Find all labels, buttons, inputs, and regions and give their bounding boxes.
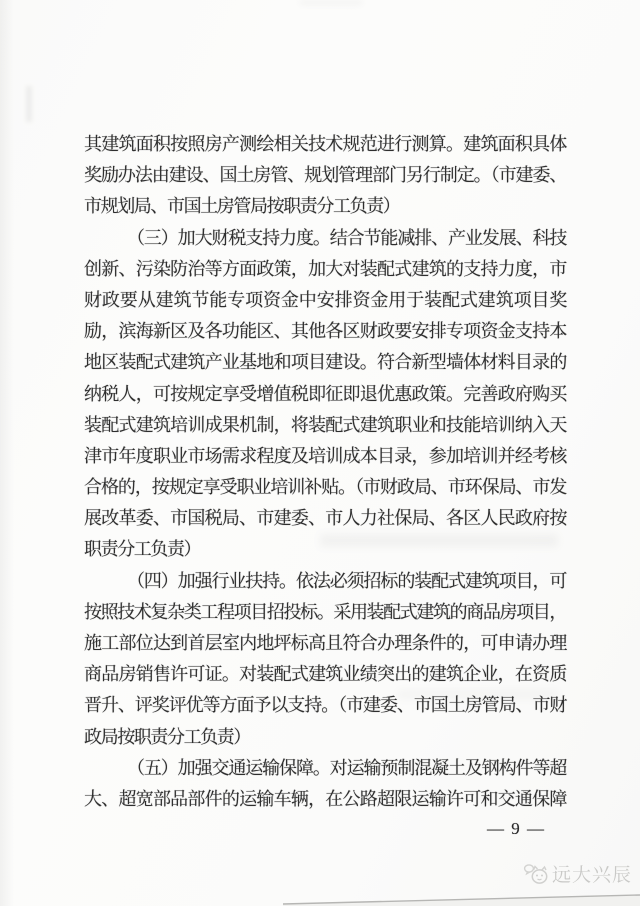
document-body-text: 其建筑面积按照房产测绘相关技术规范进行测算。建筑面积具体 奖励办法由建设、国土房… bbox=[84, 129, 566, 815]
text-line: 励，滨海新区及各功能区、其他各区财政要安排专项资金支持本 bbox=[84, 316, 566, 347]
text-line: 津市年度职业市场需求程度及培训成本目录，参加培训并经考核 bbox=[84, 441, 566, 472]
text-line: 展改革委、市国税局、市建委、市人力社保局、各区人民政府按 bbox=[84, 503, 566, 534]
text-line: 商品房销售许可证。对装配式建筑业绩突出的建筑企业，在资质 bbox=[84, 659, 566, 690]
text-line: 地区装配式建筑产业基地和项目建设。符合新型墙体材料目录的 bbox=[84, 347, 566, 378]
watermark-label: 远大兴辰 bbox=[552, 860, 632, 887]
text-line: 大、超宽部品部件的运输车辆，在公路超限运输许可和交通保障 bbox=[84, 784, 566, 815]
page-footer-number: — 9 — bbox=[487, 819, 567, 839]
page-bottom-edge-line bbox=[0, 890, 640, 906]
text-line: 装配式建筑培训成果机制，将装配式建筑职业和技能培训纳入天 bbox=[84, 410, 566, 441]
text-line: （五）加强交通运输保障。对运输预制混凝土及钢构件等超 bbox=[84, 753, 566, 784]
text-line: 按照技术复杂类工程项目招投标。采用装配式建筑的商品房项目， bbox=[84, 597, 566, 628]
scan-artifact bbox=[26, 86, 32, 122]
watermark: 远大兴辰 bbox=[523, 860, 632, 887]
text-line: 政局按职责分工负责） bbox=[84, 722, 566, 753]
scanned-document-page: 其建筑面积按照房产测绘相关技术规范进行测算。建筑面积具体 奖励办法由建设、国土房… bbox=[0, 0, 640, 906]
text-line: 晋升、评奖评优等方面予以支持。（市建委、市国土房管局、市财 bbox=[84, 690, 566, 721]
text-line: 奖励办法由建设、国土房管、规划管理部门另行制定。（市建委、 bbox=[84, 160, 566, 191]
text-line: 合格的，按规定享受职业培训补贴。（市财政局、市环保局、市发 bbox=[84, 472, 566, 503]
text-line: 纳税人，可按规定享受增值税即征即退优惠政策。完善政府购买 bbox=[84, 379, 566, 410]
mascot-cat-icon bbox=[523, 862, 549, 886]
text-line: 财政要从建筑节能专项资金中安排资金用于装配式建筑项目奖 bbox=[84, 285, 566, 316]
text-line: 创新、污染防治等方面政策，加大对装配式建筑的支持力度，市 bbox=[84, 254, 566, 285]
text-line: 其建筑面积按照房产测绘相关技术规范进行测算。建筑面积具体 bbox=[84, 129, 566, 160]
text-line: （四）加强行业扶持。依法必须招标的装配式建筑项目，可 bbox=[84, 566, 566, 597]
scan-edge-shading bbox=[0, 0, 14, 906]
text-line: 施工部位达到首层室内地坪标高且符合办理条件的，可申请办理 bbox=[84, 628, 566, 659]
text-line: （三）加大财税支持力度。结合节能减排、产业发展、科技 bbox=[84, 223, 566, 254]
text-line: 职责分工负责） bbox=[84, 534, 566, 565]
text-line: 市规划局、市国土房管局按职责分工负责） bbox=[84, 191, 566, 222]
scan-artifact bbox=[300, 0, 362, 5]
